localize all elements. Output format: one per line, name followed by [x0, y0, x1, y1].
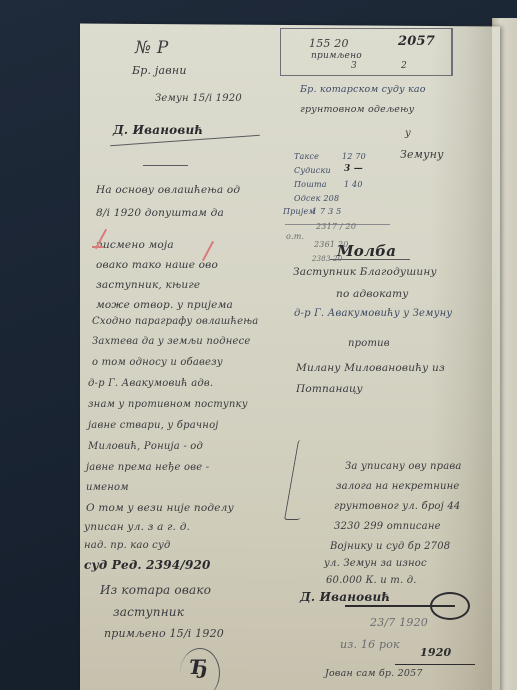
request-line: ул. Земун за износ: [324, 558, 427, 569]
bottom-ref: из. 16 рок: [340, 638, 400, 651]
body-line: д-р Г. Авакумовић адв.: [88, 378, 213, 389]
fee-label: Судиски: [294, 166, 331, 175]
fee-value: 1 7 3 5: [312, 207, 341, 216]
fee-label: Пријем: [283, 207, 315, 216]
stamp-digit-left: 3: [351, 61, 357, 71]
date-line: Земун 15/і 1920: [155, 93, 242, 104]
body-line: 8/і 1920 допуштам да: [96, 207, 224, 219]
body-line: именом: [86, 482, 129, 493]
court-line: Бр. котарском суду као: [300, 84, 426, 95]
party-line: Заступник Благодушину: [293, 266, 437, 278]
party-line: д-р Г. Авакумовићу у Земуну: [294, 308, 452, 319]
footer-line: примљено 15/і 1920: [104, 627, 224, 640]
request-line: Војнику и суд бр 2708: [330, 541, 450, 552]
body-line: јавне ствари, у брачној: [88, 420, 219, 431]
ref-mark: о.т.: [286, 232, 304, 241]
signature-top: Д. Ивановић: [113, 123, 203, 137]
fee-label: Одсек 208: [294, 194, 339, 203]
signature-flourish: [143, 165, 188, 166]
red-pencil-tick: [92, 246, 104, 248]
body-line: писмено моја: [96, 239, 174, 251]
sub-ref: 2383 20: [312, 255, 342, 263]
signature-bottom: Д. Ивановић: [300, 590, 390, 604]
registry-stamp: 155 20 2057 примљено 3 2: [280, 28, 453, 76]
bottom-sign: 1920: [420, 646, 451, 659]
bottom-line: Јован сам бр. 2057: [325, 668, 423, 679]
fee-label: Пошта: [294, 180, 327, 189]
signature-bottom-underline: [345, 605, 455, 607]
record-line: Бр. јавни: [132, 64, 187, 77]
request-line: 3230 299 отписане: [334, 521, 441, 532]
body-line: јавне према неђе ове -: [86, 462, 209, 473]
stamp-label: примљено: [311, 51, 362, 61]
footer-line: Из котара овако: [100, 583, 211, 597]
stamp-number-right: 2057: [398, 34, 435, 49]
body-line: заступник, књиге: [96, 279, 200, 291]
request-line: 60.000 К. и т. д.: [326, 575, 417, 586]
document-title: Молба: [337, 242, 396, 260]
body-line: Захтева да у земљи поднесе: [92, 336, 251, 347]
request-line: грунтовног ул. број 44: [334, 501, 460, 512]
body-line: о том односу и обавезу: [92, 357, 223, 368]
city-name: Земуну: [400, 148, 444, 161]
closing-line: над. пр. као суд: [84, 540, 171, 551]
bottom-sign-underline: [395, 664, 475, 665]
ref-small: 2317 / 20: [316, 222, 356, 231]
body-line: може отвор. у пријема: [96, 299, 233, 311]
record-number: № Р: [135, 38, 169, 58]
body-line: овако тако наше ово: [96, 259, 218, 271]
fee-label: Таксе: [294, 152, 319, 161]
defendant-line: Потпанацу: [296, 383, 363, 395]
party-line: по адвокату: [336, 288, 409, 300]
closing-line: уписан ул. з а г. д.: [84, 521, 190, 533]
initials-flourish: [180, 648, 220, 690]
fee-value: 12 70: [342, 152, 366, 161]
city-prefix: у: [405, 128, 411, 139]
against-label: против: [348, 338, 390, 349]
body-line: знам у противном поступку: [88, 399, 248, 410]
bottom-ref: 23/7 1920: [370, 616, 428, 629]
footer-line: заступник: [113, 605, 184, 619]
request-line: За уписану ову права: [345, 461, 462, 472]
fee-value: 1 40: [344, 180, 363, 189]
fee-value: 3 —: [344, 164, 363, 174]
body-line: Сходно параграфу овлашћења: [92, 316, 258, 327]
defendant-line: Милану Миловановићу из: [296, 362, 445, 374]
request-line: залога на некретнине: [336, 481, 460, 492]
stamp-digit-right: 2: [401, 61, 407, 71]
body-line: На основу овлашћења од: [96, 184, 240, 196]
page-shadow: [430, 25, 492, 690]
stamp-number-left: 155 20: [309, 37, 349, 50]
closing-line: О том у вези није поделу: [86, 502, 234, 514]
court-line: грунтовном одељењу: [300, 104, 414, 115]
closing-line: суд Ред. 2394/920: [84, 558, 211, 572]
body-line: Миловић, Ронија - од: [88, 441, 203, 452]
